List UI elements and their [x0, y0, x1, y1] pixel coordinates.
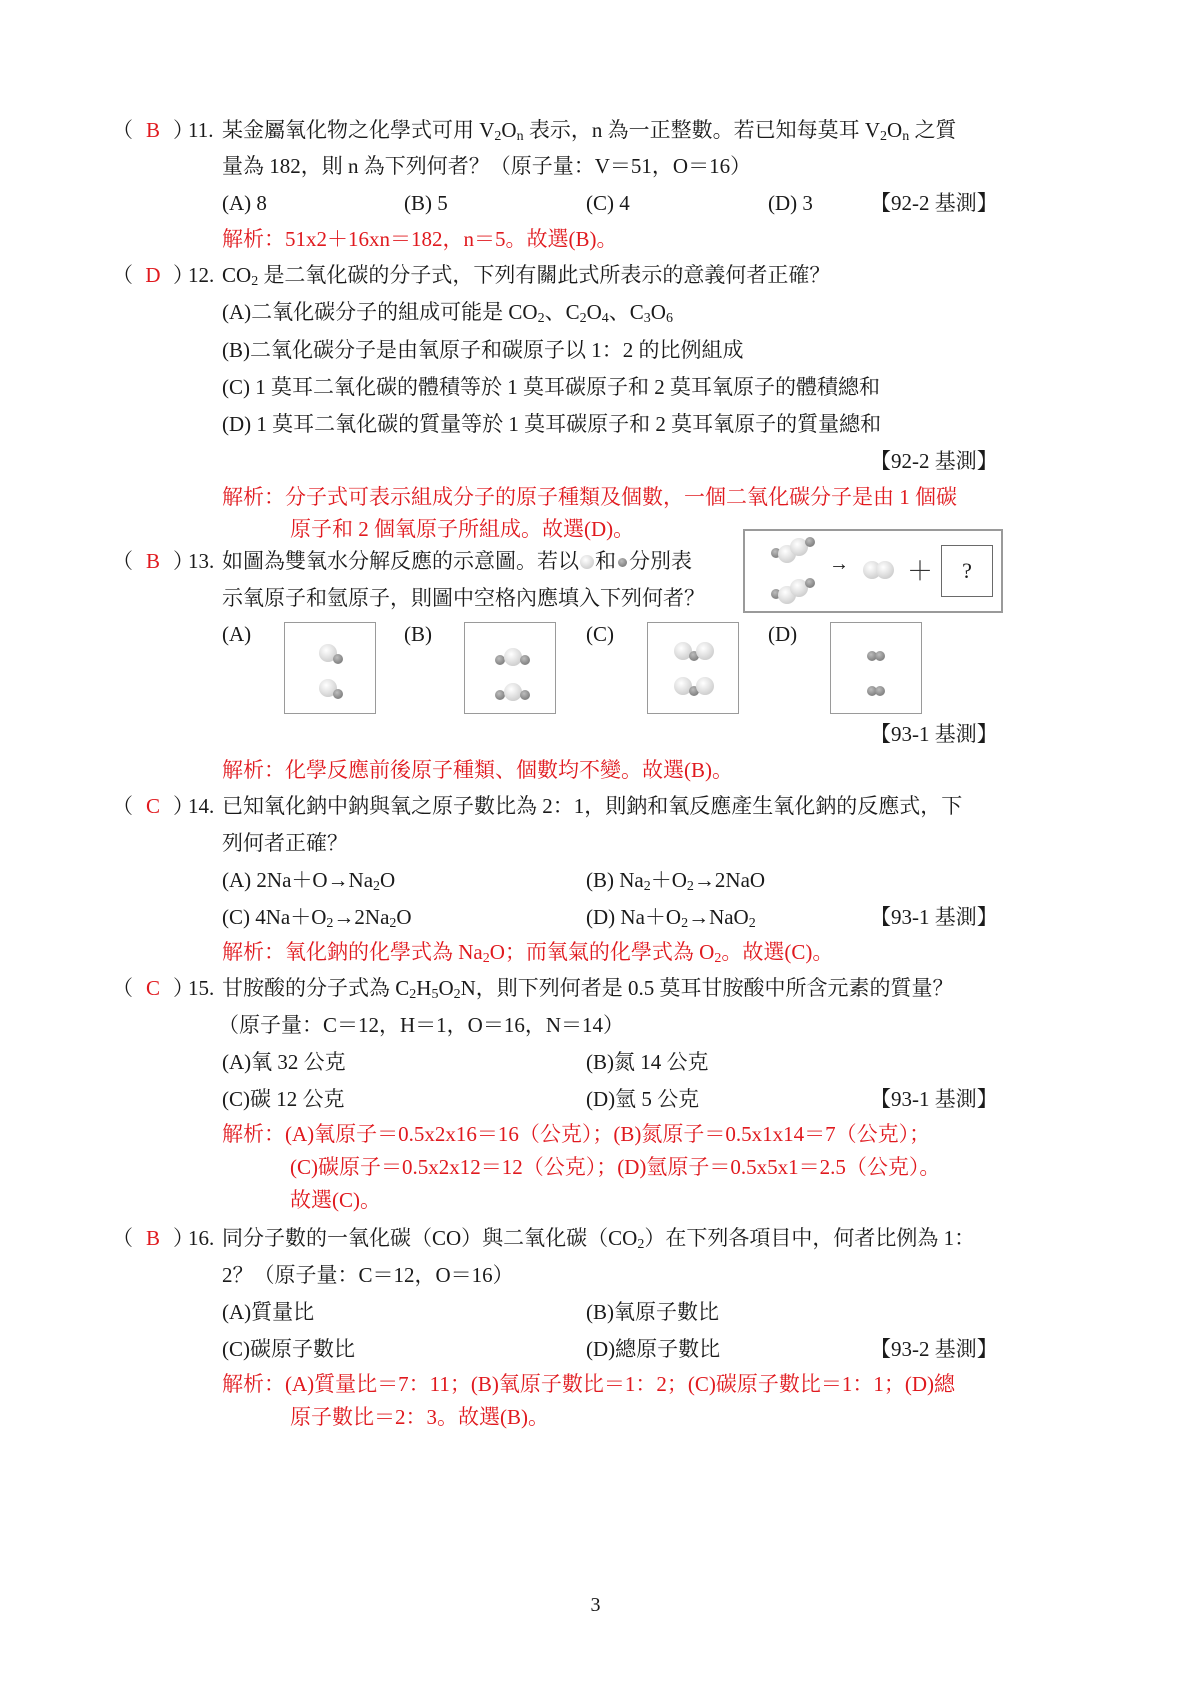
hydrogen-atom-icon [520, 690, 530, 700]
option-c: (C)碳 12 公克 [222, 1085, 345, 1113]
question-stem: CO2 是二氧化碳的分子式，下列有關此式所表示的意義何者正確？ [222, 261, 830, 289]
oxygen-atom-icon [580, 555, 594, 569]
answer-letter: D [133, 261, 173, 289]
question-number: 15. [188, 974, 214, 1002]
option-b-diagram [464, 622, 556, 714]
question-stem: 量為 182，則 n 為下列何者？（原子量：V＝51，O＝16） [222, 152, 751, 180]
source-tag: 【92-2 基測】 [870, 189, 998, 217]
source-tag: 【93-1 基測】 [870, 1085, 998, 1113]
oxygen-atom-icon [696, 642, 714, 660]
explanation-continued: 故選(C)。 [290, 1186, 381, 1214]
answer-slot: （C） [112, 792, 194, 820]
option-d: (D)總原子數比 [586, 1335, 720, 1363]
unknown-product-box: ? [941, 545, 993, 597]
option-c-diagram [647, 622, 739, 714]
source-tag: 【93-2 基測】 [870, 1335, 998, 1363]
answer-letter: C [133, 974, 173, 1002]
hydrogen-atom-icon [875, 686, 885, 696]
option-c: (C)碳原子數比 [222, 1335, 355, 1363]
question-number: 14. [188, 792, 214, 820]
option-d: (D) [768, 620, 797, 648]
option-d: (D)氫 5 公克 [586, 1085, 699, 1113]
option-b: (B) Na2＋O2→2NaO [586, 866, 765, 894]
option-a: (A)二氧化碳分子的組成可能是 CO2、C2O4、C3O6 [222, 298, 673, 326]
question-stem: 列何者正確？ [222, 829, 348, 857]
answer-slot: （D） [112, 261, 194, 289]
explanation: 解析：51x2＋16xn＝182，n＝5。故選(B)。 [222, 225, 618, 253]
oxygen-atom-icon [696, 677, 714, 695]
source-tag: 【93-1 基測】 [870, 720, 998, 748]
answer-slot: （C） [112, 974, 194, 1002]
explanation: 解析：(A)氧原子＝0.5x2x16＝16（公克）；(B)氮原子＝0.5x1x1… [222, 1120, 930, 1148]
answer-letter: B [133, 547, 173, 575]
hydrogen-atom-icon [805, 578, 815, 588]
option-b: (B) 5 [404, 189, 448, 217]
option-b: (B)二氧化碳分子是由氧原子和碳原子以 1：2 的比例組成 [222, 336, 744, 364]
option-a: (A) 2Na＋O→Na2O [222, 866, 395, 894]
option-c: (C) [586, 620, 614, 648]
answer-letter: B [133, 116, 173, 144]
answer-letter: B [133, 1224, 173, 1252]
answer-letter: C [133, 792, 173, 820]
explanation: 解析：分子式可表示組成分子的原子種類及個數，一個二氧化碳分子是由 1 個碳 [222, 483, 957, 511]
hydrogen-atom-icon [333, 689, 343, 699]
page-number: 3 [0, 1594, 1191, 1617]
option-c: (C) 4 [586, 189, 630, 217]
oxygen-atom-icon [504, 683, 522, 701]
explanation-continued: (C)碳原子＝0.5x2x12＝12（公克）；(D)氫原子＝0.5x5x1＝2.… [290, 1153, 940, 1181]
source-tag: 【93-1 基測】 [870, 903, 998, 931]
hydrogen-atom-icon [333, 654, 343, 664]
plus-icon: ＋ [907, 551, 933, 588]
oxygen-atom-icon [876, 561, 894, 579]
hydrogen-atom-icon [618, 558, 627, 567]
question-stem: 如圖為雙氧水分解反應的示意圖。若以和分別表 [222, 547, 692, 575]
answer-slot: （B） [112, 1224, 194, 1252]
answer-slot: （B） [112, 116, 194, 144]
question-stem: （原子量：C＝12，H＝1，O＝16，N＝14） [218, 1011, 624, 1039]
hydrogen-atom-icon [875, 651, 885, 661]
question-stem: 示氧原子和氫原子，則圖中空格內應填入下列何者？ [222, 584, 705, 612]
explanation-continued: 原子和 2 個氧原子所組成。故選(D)。 [290, 515, 634, 543]
hydrogen-atom-icon [805, 537, 815, 547]
option-c: (C) 4Na＋O2→2Na2O [222, 903, 412, 931]
question-stem: 同分子數的一氧化碳（CO）與二氧化碳（CO2）在下列各項目中，何者比例為 1： [222, 1224, 975, 1252]
question-stem: 甘胺酸的分子式為 C2H5O2N，則下列何者是 0.5 莫耳甘胺酸中所含元素的質… [222, 974, 954, 1002]
source-tag: 【92-2 基測】 [870, 447, 998, 475]
question-number: 12. [188, 261, 214, 289]
question-stem: 2？（原子量：C＝12，O＝16） [222, 1261, 514, 1289]
option-b: (B) [404, 620, 432, 648]
option-b: (B)氧原子數比 [586, 1298, 719, 1326]
hydrogen-atom-icon [520, 655, 530, 665]
option-a: (A)質量比 [222, 1298, 314, 1326]
option-b: (B)氮 14 公克 [586, 1048, 709, 1076]
option-a: (A) 8 [222, 189, 267, 217]
option-a-diagram [284, 622, 376, 714]
option-d: (D) 3 [768, 189, 813, 217]
explanation-continued: 原子數比＝2：3。故選(B)。 [290, 1403, 549, 1431]
option-a: (A) [222, 620, 251, 648]
arrow-icon: → [829, 553, 849, 576]
option-d: (D) 1 莫耳二氧化碳的質量等於 1 莫耳碳原子和 2 莫耳氧原子的質量總和 [222, 410, 881, 438]
option-d: (D) Na＋O2→NaO2 [586, 903, 756, 931]
question-stem: 已知氧化鈉中鈉與氧之原子數比為 2：1，則鈉和氧反應產生氧化鈉的反應式，下 [222, 792, 962, 820]
oxygen-atom-icon [504, 648, 522, 666]
question-stem: 某金屬氧化物之化學式可用 V2On 表示，n 為一正整數。若已知每莫耳 V2On… [222, 116, 956, 144]
answer-slot: （B） [112, 547, 194, 575]
option-c: (C) 1 莫耳二氧化碳的體積等於 1 莫耳碳原子和 2 莫耳氧原子的體積總和 [222, 373, 880, 401]
question-number: 11. [188, 116, 213, 144]
explanation: 解析：(A)質量比＝7：11；(B)氧原子數比＝1：2；(C)碳原子數比＝1：1… [222, 1370, 955, 1398]
explanation: 解析：氧化鈉的化學式為 Na2O；而氧氣的化學式為 O2。故選(C)。 [222, 938, 833, 966]
explanation: 解析：化學反應前後原子種類、個數均不變。故選(B)。 [222, 756, 733, 784]
question-number: 16. [188, 1224, 214, 1252]
option-a: (A)氧 32 公克 [222, 1048, 346, 1076]
reaction-diagram: → ＋ ? [743, 529, 1003, 613]
option-d-diagram [830, 622, 922, 714]
question-number: 13. [188, 547, 214, 575]
